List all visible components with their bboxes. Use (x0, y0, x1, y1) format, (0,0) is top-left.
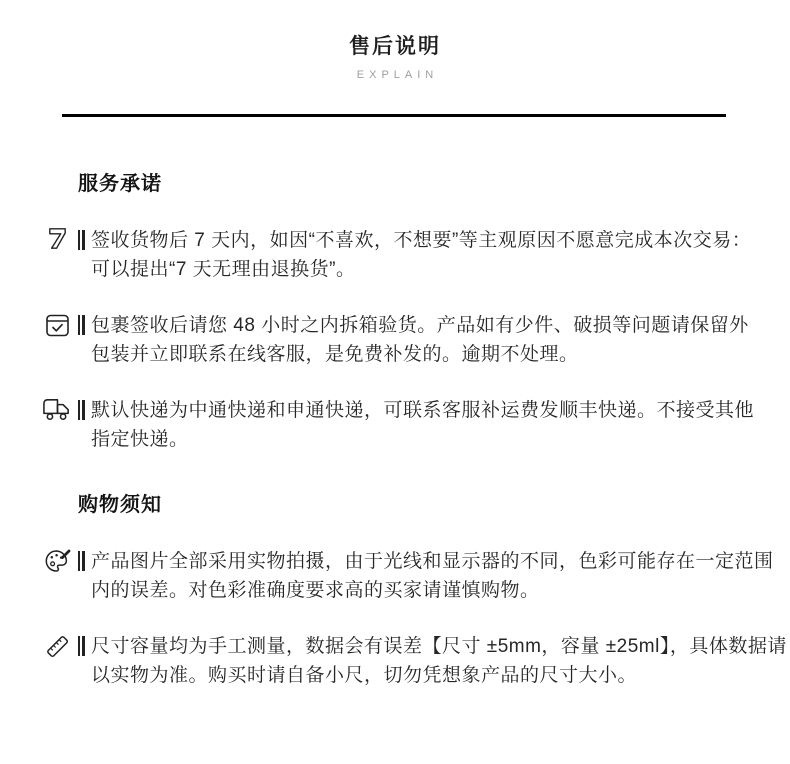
list-item-unbox-inspection: 包裹签收后请您 48 小时之内拆箱验货。产品如有少件、破损等问题请保留外 包装并… (0, 311, 790, 369)
section-heading-service-promise: 服务承诺 (78, 173, 790, 195)
item-text: 签收货物后 7 天内，如因“不喜欢，不想要”等主观原因不愿意完成本次交易： 可以… (91, 226, 751, 284)
item-separator (78, 315, 85, 335)
item-text: 包裹签收后请您 48 小时之内拆箱验货。产品如有少件、破损等问题请保留外 包装并… (91, 311, 749, 369)
list-item-size-measurement: 尺寸容量均为手工测量，数据会有误差【尺寸 ±5mm，容量 ±25ml】，具体数据… (0, 632, 790, 690)
item-text-line: 包装并立即联系在线客服，是免费补发的。逾期不处理。 (91, 340, 749, 369)
item-text: 尺寸容量均为手工测量，数据会有误差【尺寸 ±5mm，容量 ±25ml】，具体数据… (91, 632, 787, 690)
item-text-line: 可以提出“7 天无理由退换货”。 (91, 255, 751, 284)
page-title: 售后说明 (0, 36, 790, 58)
section-heading-shopping-notice: 购物须知 (78, 494, 790, 516)
seven-day-icon (42, 227, 72, 255)
item-text: 产品图片全部采用实物拍摄，由于光线和显示器的不同，色彩可能存在一定范围 内的误差… (91, 547, 774, 605)
ruler-icon (42, 633, 72, 661)
list-item-color-difference: 产品图片全部采用实物拍摄，由于光线和显示器的不同，色彩可能存在一定范围 内的误差… (0, 547, 790, 605)
item-text-line: 尺寸容量均为手工测量，数据会有误差【尺寸 ±5mm，容量 ±25ml】，具体数据… (91, 632, 787, 661)
page-subtitle: EXPLAIN (0, 68, 790, 82)
item-text-line: 产品图片全部采用实物拍摄，由于光线和显示器的不同，色彩可能存在一定范围 (91, 547, 774, 576)
item-text-line: 指定快递。 (91, 425, 754, 454)
item-text-line: 内的误差。对色彩准确度要求高的买家请谨慎购物。 (91, 576, 774, 605)
header-divider (62, 114, 726, 117)
page-header: 售后说明 EXPLAIN (0, 0, 790, 82)
truck-icon (42, 397, 72, 425)
after-sales-explain-page: 售后说明 EXPLAIN 服务承诺 签收货物后 7 天内，如因“不喜欢，不想要”… (0, 0, 790, 764)
item-separator (78, 400, 85, 420)
item-text: 默认快递为中通快递和申通快递，可联系客服补运费发顺丰快递。不接受其他 指定快递。 (91, 396, 754, 454)
item-text-line: 以实物为准。购买时请自备小尺，切勿凭想象产品的尺寸大小。 (91, 661, 787, 690)
list-item-seven-day-return: 签收货物后 7 天内，如因“不喜欢，不想要”等主观原因不愿意完成本次交易： 可以… (0, 226, 790, 284)
item-text-line: 签收货物后 7 天内，如因“不喜欢，不想要”等主观原因不愿意完成本次交易： (91, 226, 751, 255)
item-separator (78, 636, 85, 656)
item-separator (78, 230, 85, 250)
item-text-line: 包裹签收后请您 48 小时之内拆箱验货。产品如有少件、破损等问题请保留外 (91, 311, 749, 340)
item-separator (78, 551, 85, 571)
list-item-default-courier: 默认快递为中通快递和申通快递，可联系客服补运费发顺丰快递。不接受其他 指定快递。 (0, 396, 790, 454)
palette-icon (42, 548, 72, 576)
box-check-icon (42, 312, 72, 340)
item-text-line: 默认快递为中通快递和申通快递，可联系客服补运费发顺丰快递。不接受其他 (91, 396, 754, 425)
